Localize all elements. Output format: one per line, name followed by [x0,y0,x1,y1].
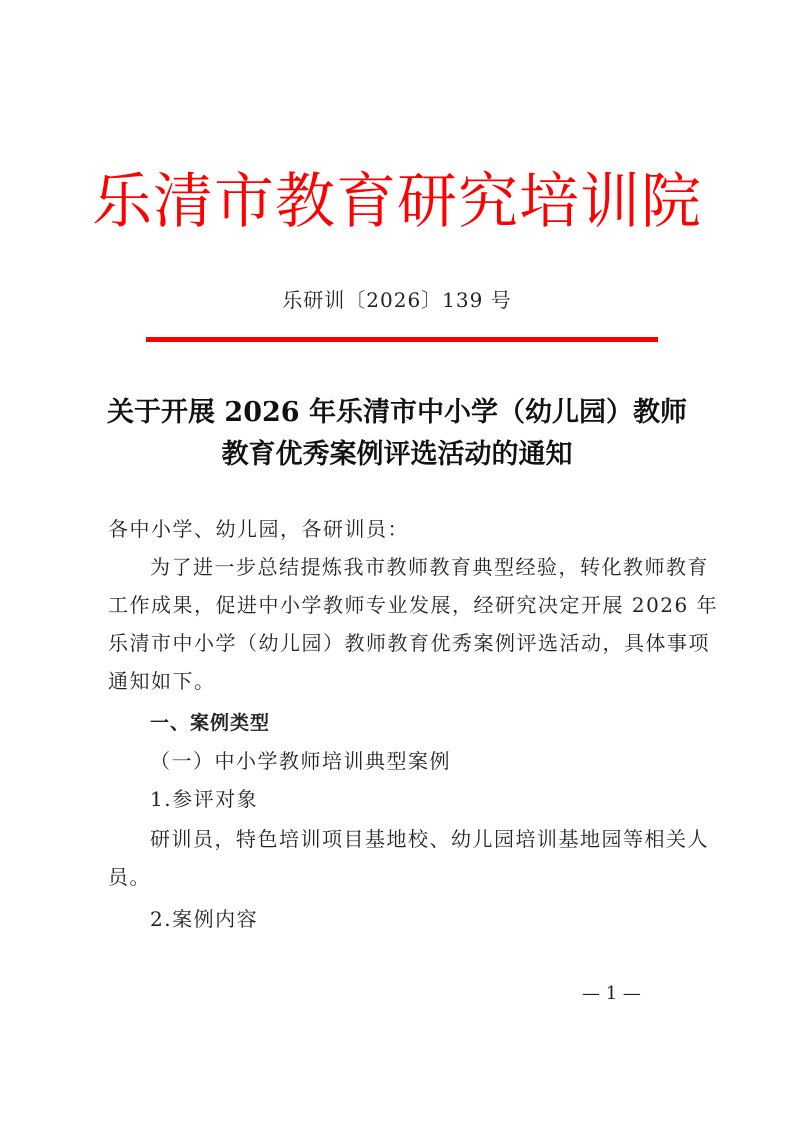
item-heading-case-content: 2.案例内容 [108,900,740,938]
issuer-masthead: 乐清市教育研究培训院 [0,162,794,242]
item-heading-participants: 1.参评对象 [108,780,740,818]
intro-line-3: 乐清市中小学（幼儿园）教师教育优秀案例评选活动，具体事项 [108,624,698,662]
participants-line-1: 研训员，特色培训项目基地校、幼儿园培训基地园等相关人 [108,820,698,858]
title-line-1: 关于开展 2026 年乐清市中小学（幼儿园）教师 [0,392,794,434]
document-page: 乐清市教育研究培训院 乐研训〔2026〕139 号 关于开展 2026 年乐清市… [0,0,794,1122]
intro-line-1: 为了进一步总结提炼我市教师教育典型经验，转化教师教育 [108,548,698,586]
participants-paragraph: 研训员，特色培训项目基地校、幼儿园培训基地园等相关人 员。 [108,820,698,896]
intro-line-4: 通知如下。 [108,662,698,700]
participants-line-2: 员。 [108,858,698,896]
notice-title: 关于开展 2026 年乐清市中小学（幼儿园）教师 教育优秀案例评选活动的通知 [0,392,794,476]
document-number: 乐研训〔2026〕139 号 [0,286,794,314]
subsection-heading-teacher-training: （一）中小学教师培训典型案例 [108,742,740,780]
red-divider-rule [146,337,658,342]
intro-line-2: 工作成果，促进中小学教师专业发展，经研究决定开展 2026 年 [108,586,698,624]
page-number: — 1 — [582,982,641,1006]
title-line-2: 教育优秀案例评选活动的通知 [0,434,794,476]
intro-paragraph: 为了进一步总结提炼我市教师教育典型经验，转化教师教育 工作成果，促进中小学教师专… [108,548,698,700]
salutation: 各中小学、幼儿园，各研训员： [108,510,698,548]
section-heading-case-types: 一、案例类型 [108,704,740,742]
